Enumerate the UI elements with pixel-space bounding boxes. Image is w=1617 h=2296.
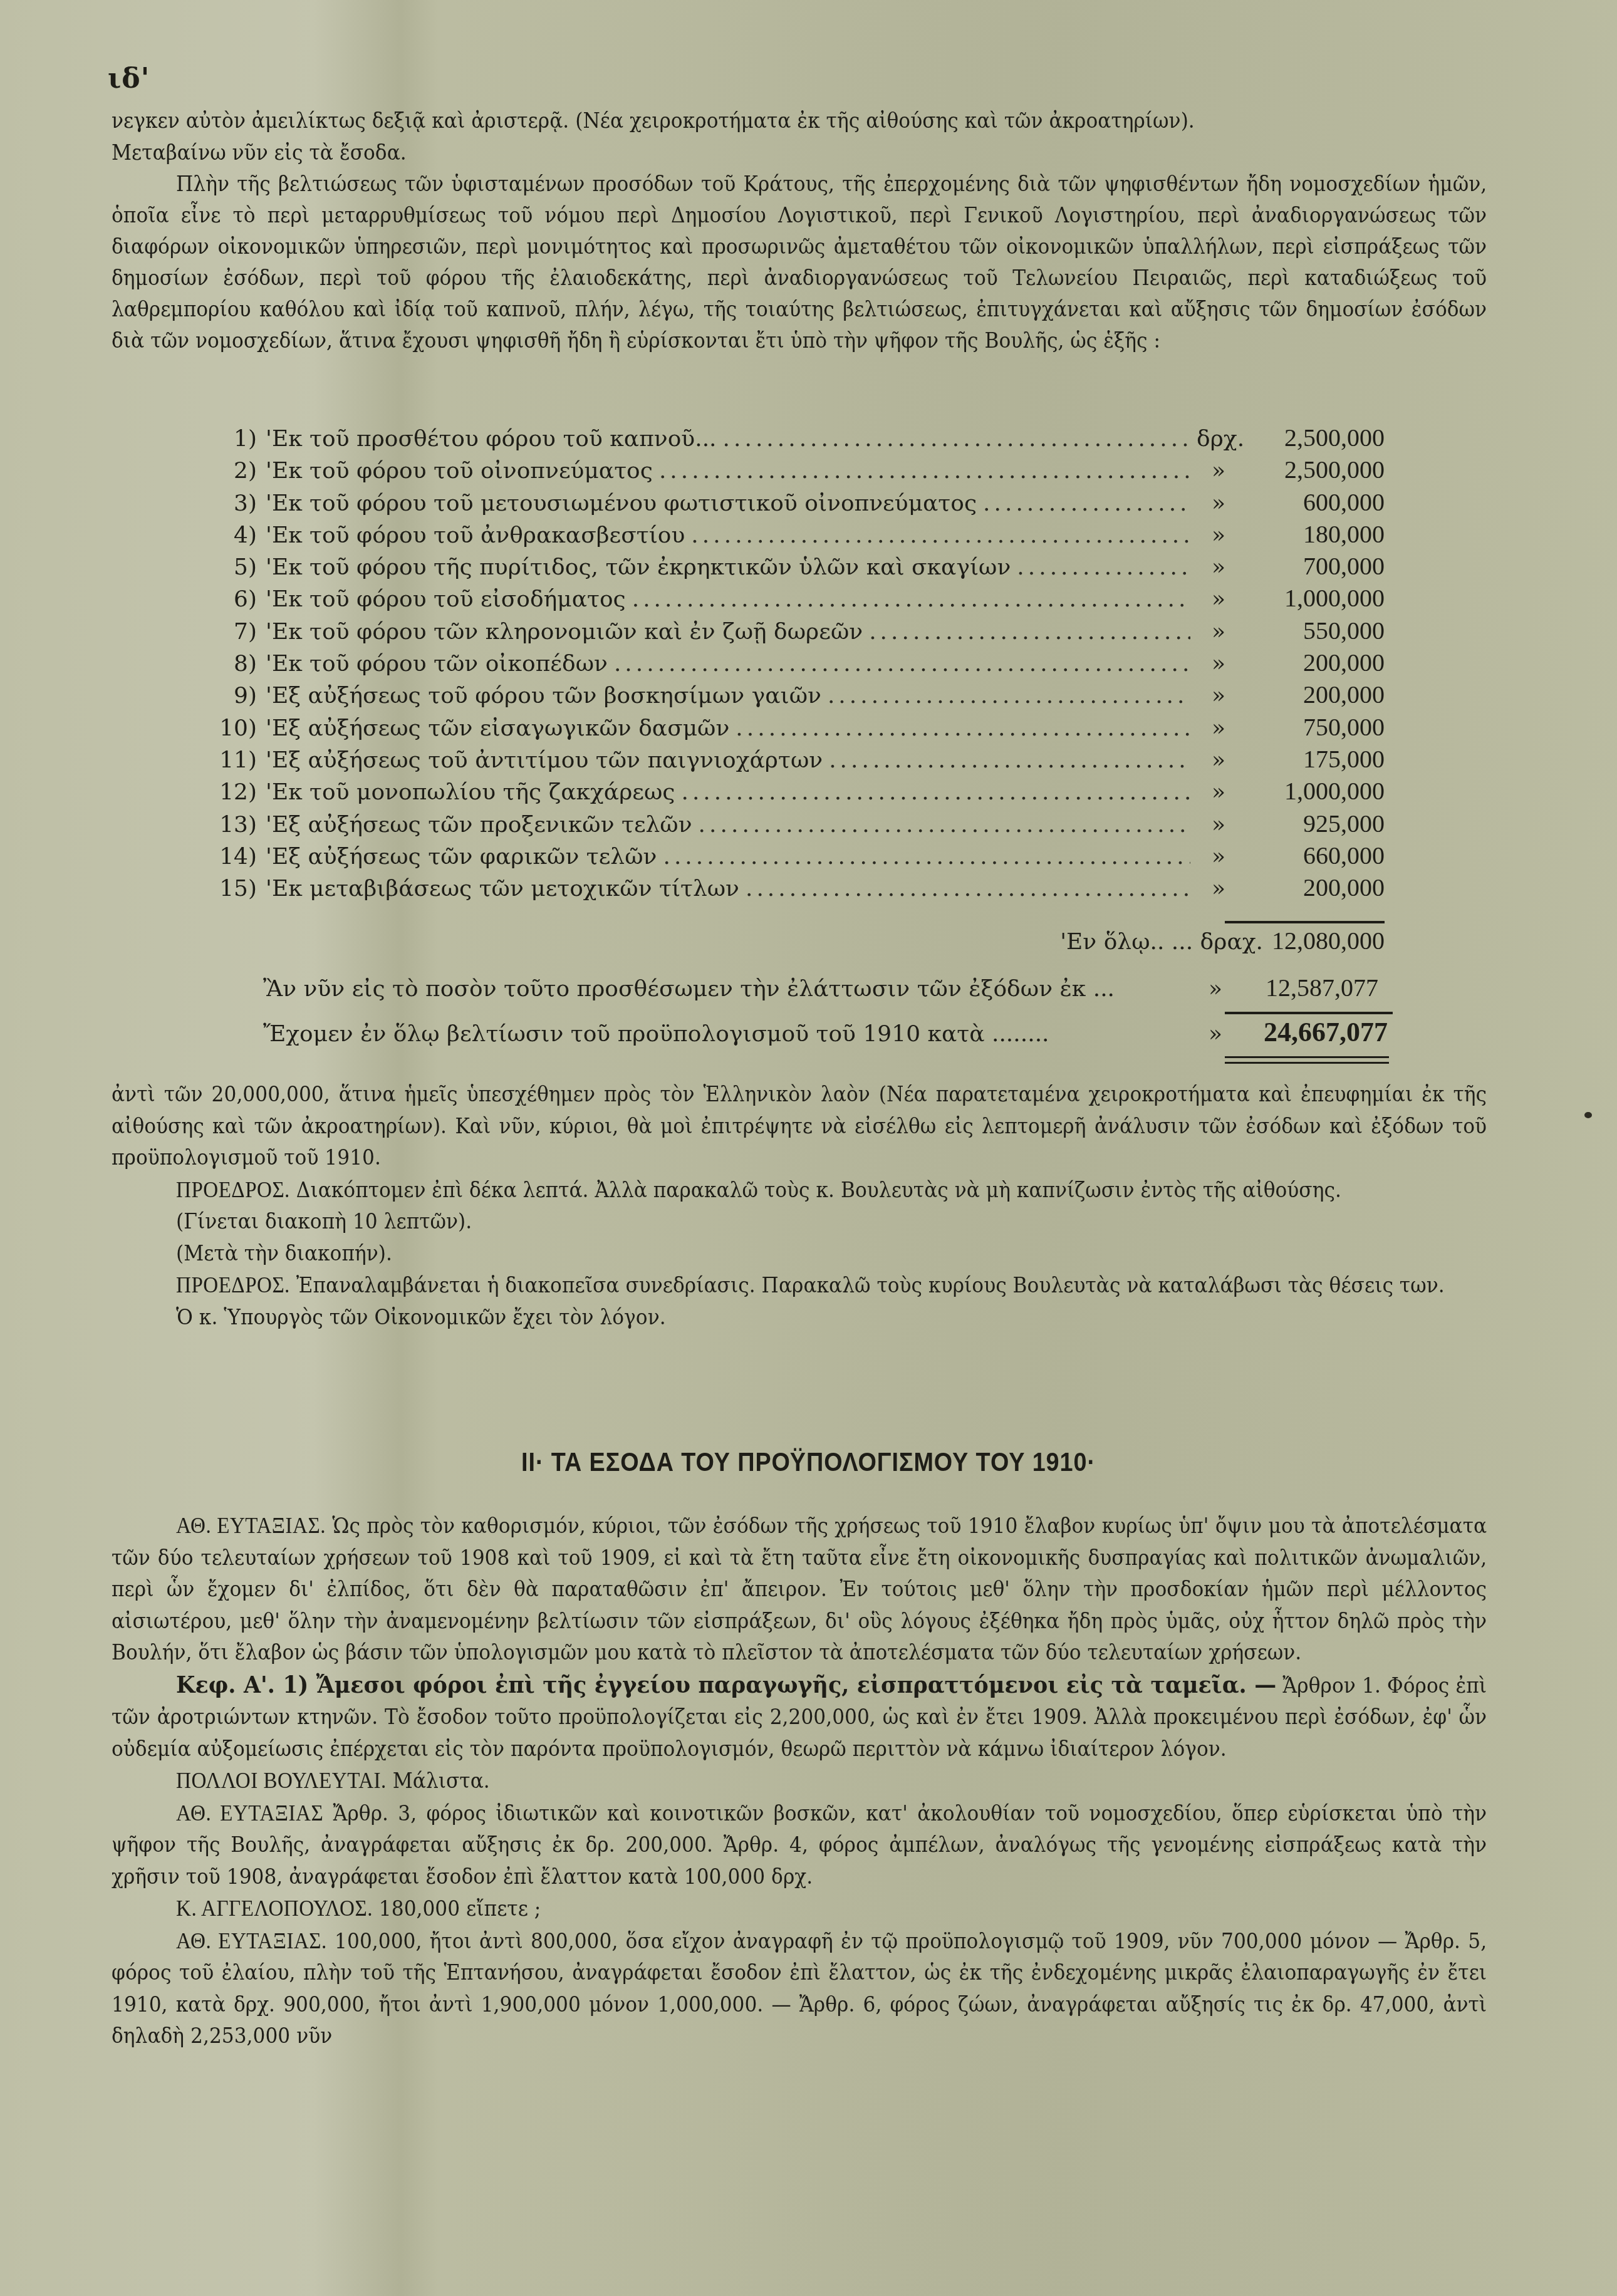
addition-label: Ἂν νῦν εἰς τὸ ποσὸν τοῦτο προσθέσωμεν τὴ… [263, 976, 1197, 1002]
grand-total-rule-bottom-1 [1225, 1056, 1389, 1058]
amount: 925,000 [1240, 808, 1385, 839]
section-heading: II· ΤΑ ΕΣΟΔΑ ΤΟΥ ΠΡΟΫΠΟΛΟΓΙΣΜΟΥ ΤΟΥ 1910… [81, 1447, 1536, 1477]
speaker-name: ΠΡΟΕΔΡΟΣ. [176, 1272, 290, 1297]
list-item: 5)'Εκ τοῦ φόρου τῆς πυρίτιδος, τῶν ἐκρηκ… [207, 550, 1385, 582]
intro-line-2: Μεταβαίνω νῦν εἰς τὰ ἔσοδα. [112, 137, 1487, 169]
list-item: 8)'Εκ τοῦ φόρου τῶν οἰκοπέδων»200,000 [207, 647, 1385, 678]
grand-total-rule-bottom-2 [1225, 1062, 1389, 1064]
list-item: 13)'Εξ αὐξήσεως τῶν προξενικῶν τελῶν»925… [207, 808, 1385, 839]
speaker-name: ΑΘ. ΕΥΤΑΞΙΑΣ [176, 1800, 323, 1826]
list-item: 7)'Εκ τοῦ φόρου τῶν κληρονομιῶν καὶ ἐν ζ… [207, 615, 1385, 647]
list-item: 9)'Εξ αὐξήσεως τοῦ φόρου τῶν βοσκησίμων … [207, 678, 1385, 710]
section-body: ΑΘ. ΕΥΤΑΞΙΑΣ. Ὡς πρὸς τὸν καθορισμόν, κύ… [112, 1510, 1487, 2052]
eutaxias-paragraph-2: ΑΘ. ΕΥΤΑΞΙΑΣ Ἄρθρ. 3, φόρος ἰδιωτικῶν κα… [112, 1797, 1487, 1893]
eutaxias-paragraph-3: ΑΘ. ΕΥΤΑΞΙΑΣ. 100,000, ἤτοι ἀντὶ 800,000… [112, 1925, 1487, 2052]
president-remark-2: ΠΡΟΕΔΡΟΣ. Ἐπαναλαμβάνεται ἡ διακοπεῖσα σ… [112, 1269, 1487, 1302]
amount: 2,500,000 [1240, 454, 1385, 486]
president-remark-1: ΠΡΟΕΔΡΟΣ. Διακόπτομεν ἐπὶ δέκα λεπτά. Ἀλ… [112, 1174, 1487, 1207]
list-item: 3)'Εκ τοῦ φόρου τοῦ μετουσιωμένου φωτιστ… [207, 486, 1385, 518]
speaker-name: ΠΟΛΛΟΙ ΒΟΥΛΕΥΤΑΙ. [176, 1768, 387, 1793]
speaker-name: ΑΘ. ΕΥΤΑΞΙΑΣ. [176, 1513, 326, 1538]
page-number: ιδ' [108, 63, 150, 95]
grand-total-amount: 24,667,077 [1234, 1016, 1388, 1048]
amount: 660,000 [1240, 839, 1385, 871]
revenue-list: 1)'Εκ τοῦ προσθέτου φόρου τοῦ καπνοῦ...δ… [207, 422, 1385, 903]
list-item: 15)'Εκ μεταβιβάσεως τῶν μετοχικῶν τίτλων… [207, 871, 1385, 903]
amount: 1,000,000 [1240, 775, 1385, 807]
speaker-name: ΠΡΟΕΔΡΟΣ. [176, 1177, 290, 1202]
amount: 1,000,000 [1240, 582, 1385, 614]
intro-paragraph: Πλὴν τῆς βελτιώσεως τῶν ὑφισταμένων προσ… [112, 169, 1487, 356]
list-item: 1)'Εκ τοῦ προσθέτου φόρου τοῦ καπνοῦ...δ… [207, 422, 1385, 454]
amount: 550,000 [1240, 615, 1385, 647]
subtotal-row: 'Εν ὅλῳ.. ... δραχ. 12,080,000 [1060, 926, 1385, 955]
subtotal-rule [1225, 921, 1385, 923]
amount: 200,000 [1240, 678, 1385, 710]
document-page: ιδ' νεγκεν αὐτὸν ἀμειλίκτως δεξιᾷ καὶ ἀρ… [0, 0, 1617, 2296]
subtotal-label: 'Εν ὅλῳ.. ... δραχ. [1060, 929, 1263, 955]
intro-line-1: νεγκεν αὐτὸν ἀμειλίκτως δεξιᾷ καὶ ἀριστε… [112, 105, 1487, 137]
angelopoulos-remark: Κ. ΑΓΓΕΛΟΠΟΥΛΟΣ. 180,000 εἴπετε ; [112, 1893, 1487, 1925]
chapter-paragraph: Κεφ. Α'. 1) Ἄμεσοι φόροι ἐπὶ τῆς ἐγγείου… [112, 1669, 1487, 1765]
list-item: 14)'Εξ αὐξήσεως τῶν φαρικῶν τελῶν»660,00… [207, 839, 1385, 871]
amount: 175,000 [1240, 743, 1385, 775]
break-note: (Γίνεται διακοπὴ 10 λεπτῶν). [112, 1206, 1487, 1238]
after-list-paragraph: ἀντὶ τῶν 20,000,000, ἅτινα ἡμεῖς ὑπεσχέθ… [112, 1079, 1487, 1174]
grand-total-row: Ἔχομεν ἐν ὅλῳ βελτίωσιν τοῦ προϋπολογισμ… [263, 1016, 1388, 1048]
ink-speck [1584, 1112, 1592, 1118]
speaker-name: ΑΘ. ΕΥΤΑΞΙΑΣ. [176, 1928, 327, 1953]
list-item: 12)'Εκ τοῦ μονοπωλίου τῆς ζακχάρεως»1,00… [207, 775, 1385, 807]
amount: 200,000 [1240, 647, 1385, 678]
amount: 750,000 [1240, 711, 1385, 743]
amount: 600,000 [1240, 486, 1385, 518]
amount: 200,000 [1240, 871, 1385, 903]
list-item: 6)'Εκ τοῦ φόρου τοῦ εἰσοδήματος»1,000,00… [207, 582, 1385, 614]
list-item: 10)'Εξ αὐξήσεως τῶν εἰσαγωγικῶν δασμῶν»7… [207, 711, 1385, 743]
list-item: 2)'Εκ τοῦ φόρου τοῦ οἰνοπνεύματος»2,500,… [207, 454, 1385, 486]
list-item: 4)'Εκ τοῦ φόρου τοῦ ἀνθρακασβεστίου»180,… [207, 518, 1385, 550]
eutaxias-paragraph-1: ΑΘ. ΕΥΤΑΞΙΑΣ. Ὡς πρὸς τὸν καθορισμόν, κύ… [112, 1510, 1487, 1669]
intro-block: νεγκεν αὐτὸν ἀμειλίκτως δεξιᾷ καὶ ἀριστε… [112, 105, 1487, 356]
minister-note: Ὁ κ. Ὑπουργὸς τῶν Οἰκονομικῶν ἔχει τὸν λ… [112, 1302, 1487, 1334]
amount: 180,000 [1240, 518, 1385, 550]
speaker-name: Κ. ΑΓΓΕΛΟΠΟΥΛΟΣ. [176, 1896, 373, 1921]
grand-total-label: Ἔχομεν ἐν ὅλῳ βελτίωσιν τοῦ προϋπολογισμ… [263, 1021, 1197, 1047]
many-deputies-remark: ΠΟΛΛΟΙ ΒΟΥΛΕΥΤΑΙ. Μάλιστα. [112, 1765, 1487, 1797]
after-list-block: ἀντὶ τῶν 20,000,000, ἅτινα ἡμεῖς ὑπεσχέθ… [112, 1079, 1487, 1333]
subtotal-amount: 12,080,000 [1272, 926, 1385, 955]
grand-total-rule-top [1225, 1012, 1393, 1014]
addition-row: Ἂν νῦν εἰς τὸ ποσὸν τοῦτο προσθέσωμεν τὴ… [263, 973, 1378, 1002]
amount: 700,000 [1240, 550, 1385, 582]
addition-amount: 12,587,077 [1234, 973, 1378, 1002]
amount: 2,500,000 [1240, 422, 1385, 454]
after-break-note: (Μετὰ τὴν διακοπήν). [112, 1238, 1487, 1270]
chapter-heading: Κεφ. Α'. 1) Ἄμεσοι φόροι ἐπὶ τῆς ἐγγείου… [176, 1670, 1276, 1698]
list-item: 11)'Εξ αὐξήσεως τοῦ ἀντιτίμου τῶν παιγνι… [207, 743, 1385, 775]
